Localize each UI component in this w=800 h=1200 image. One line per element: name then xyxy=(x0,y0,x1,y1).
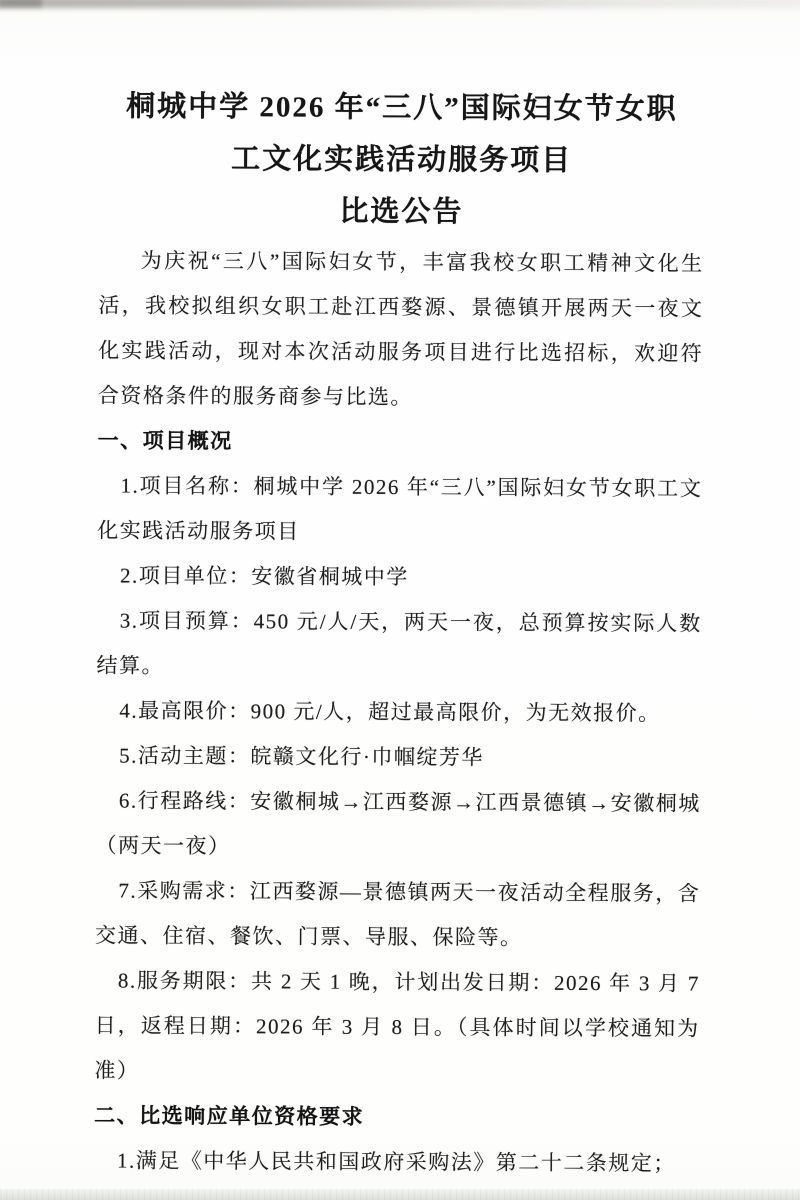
section-1-item-procurement-needs: 7.采购需求：江西婺源—景德镇两天一夜活动全程服务，含交通、住宿、餐饮、门票、导… xyxy=(95,868,700,961)
section-2-heading: 二、比选响应单位资格要求 xyxy=(94,1093,699,1141)
section-1-item-project-unit: 2.项目单位：安徽省桐城中学 xyxy=(97,553,702,601)
document-title: 桐城中学 2026 年“三八”国际妇女节女职 工文化实践活动服务项目 比选公告 xyxy=(99,80,705,239)
title-line-2: 工文化实践活动服务项目 xyxy=(99,132,704,187)
document-content: 桐城中学 2026 年“三八”国际妇女节女职 工文化实践活动服务项目 比选公告 … xyxy=(0,0,800,1187)
section-1-item-route: 6.行程路线：安徽桐城→江西婺源→江西景德镇→安徽桐城（两天一夜） xyxy=(95,778,700,871)
section-2-item-qualification: 1.满足《中华人民共和国政府采购法》第二十二条规定； xyxy=(94,1138,699,1186)
section-1-item-project-budget: 3.项目预算：450 元/人/天，两天一夜，总预算按实际人数结算。 xyxy=(96,598,701,691)
scan-bottom-edge-noise xyxy=(0,1189,800,1200)
section-1-item-project-name: 1.项目名称：桐城中学 2026 年“三八”国际妇女节女职工文化实践活动服务项目 xyxy=(97,463,702,556)
section-1-item-activity-theme: 5.活动主题：皖赣文化行·巾帼绽芳华 xyxy=(96,733,701,781)
title-line-3: 比选公告 xyxy=(99,184,704,239)
scan-top-edge-shadow xyxy=(0,0,800,8)
section-1-heading: 一、项目概况 xyxy=(98,418,703,466)
title-line-1: 桐城中学 2026 年“三八”国际妇女节女职 xyxy=(99,80,704,135)
scan-corner-smudge xyxy=(0,0,42,7)
section-1-item-price-cap: 4.最高限价：900 元/人，超过最高限价，为无效报价。 xyxy=(96,688,701,736)
intro-paragraph: 为庆祝“三八”国际妇女节，丰富我校女职工精神文化生活，我校拟组织女职工赴江西婺源… xyxy=(98,238,704,421)
scanned-document-page: 桐城中学 2026 年“三八”国际妇女节女职 工文化实践活动服务项目 比选公告 … xyxy=(0,0,800,1200)
section-1-item-service-period: 8.服务期限：共 2 天 1 晚，计划出发日期：2026 年 3 月 7 日，返… xyxy=(94,958,700,1096)
